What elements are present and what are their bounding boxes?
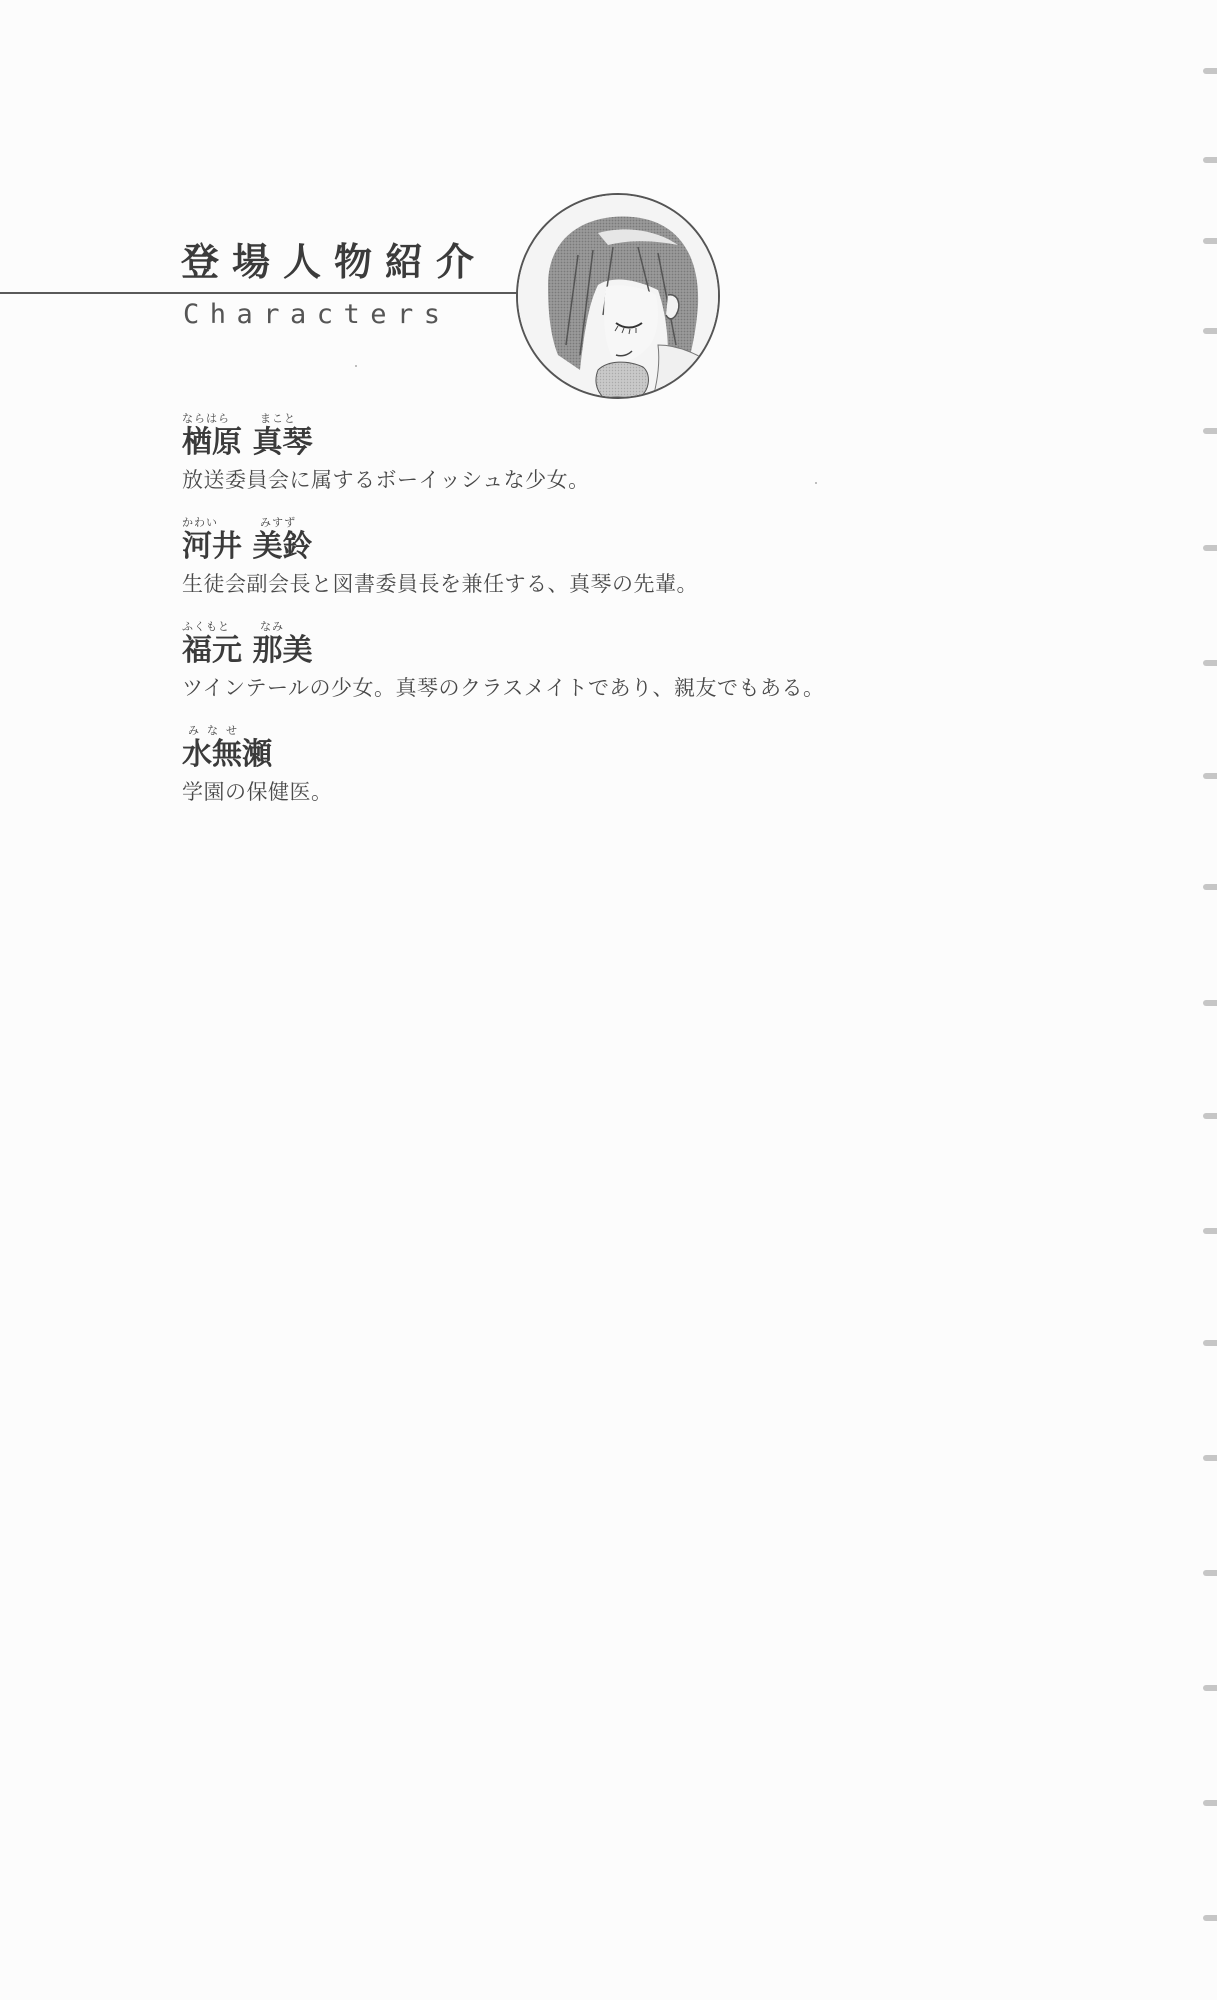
binding-mark — [1203, 1455, 1217, 1461]
character-description: ツインテールの少女。真琴のクラスメイトであり、親友でもある。 — [182, 673, 1082, 703]
ruby-given: なみ — [260, 620, 284, 634]
ruby-family: かわい — [182, 516, 218, 530]
binding-mark — [1203, 1915, 1217, 1921]
paper-speck — [815, 482, 817, 484]
ruby-family: みなせ — [188, 724, 245, 738]
character-description: 学園の保健医。 — [182, 777, 1082, 807]
binding-mark — [1203, 1685, 1217, 1691]
binding-mark — [1203, 660, 1217, 666]
binding-mark — [1203, 545, 1217, 551]
ruby-given: みすず — [260, 516, 296, 530]
character-portrait — [516, 193, 720, 399]
character-description: 放送委員会に属するボーイッシュな少女。 — [182, 465, 1082, 495]
portrait-illustration-icon — [518, 195, 718, 397]
binding-mark — [1203, 1000, 1217, 1006]
character-ruby: みなせ — [182, 724, 1082, 738]
character-name: 水無瀬 — [182, 737, 1082, 773]
character-name: 河井 美鈴 — [182, 529, 1082, 565]
character-description: 生徒会副会長と図書委員長を兼任する、真琴の先輩。 — [182, 569, 1082, 599]
ruby-family: ふくもと — [182, 620, 230, 634]
character-name: 楢原 真琴 — [182, 425, 1082, 461]
binding-mark — [1203, 1800, 1217, 1806]
binding-mark — [1203, 884, 1217, 890]
character-entry: ならはら まこと 楢原 真琴 放送委員会に属するボーイッシュな少女。 — [182, 412, 1082, 516]
book-page: 登場人物紹介 Characters — [0, 0, 1217, 2000]
header-rule — [0, 292, 518, 294]
page-subtitle: Characters — [183, 298, 451, 332]
binding-mark — [1203, 1113, 1217, 1119]
character-ruby: かわい みすず — [182, 516, 1082, 530]
binding-mark — [1203, 428, 1217, 434]
ruby-family: ならはら — [182, 412, 230, 426]
binding-mark — [1203, 773, 1217, 779]
character-entry: みなせ 水無瀬 学園の保健医。 — [182, 724, 1082, 828]
binding-mark — [1203, 1228, 1217, 1234]
binding-mark — [1203, 68, 1217, 74]
character-ruby: ふくもと なみ — [182, 620, 1082, 634]
character-entry: ふくもと なみ 福元 那美 ツインテールの少女。真琴のクラスメイトであり、親友で… — [182, 620, 1082, 724]
binding-mark — [1203, 1340, 1217, 1346]
character-list: ならはら まこと 楢原 真琴 放送委員会に属するボーイッシュな少女。 かわい み… — [182, 412, 1082, 828]
character-name: 福元 那美 — [182, 633, 1082, 669]
character-ruby: ならはら まこと — [182, 412, 1082, 426]
paper-speck — [355, 365, 357, 367]
binding-mark — [1203, 238, 1217, 244]
page-title: 登場人物紹介 — [181, 238, 487, 286]
binding-mark — [1203, 1570, 1217, 1576]
character-entry: かわい みすず 河井 美鈴 生徒会副会長と図書委員長を兼任する、真琴の先輩。 — [182, 516, 1082, 620]
ruby-given: まこと — [260, 412, 296, 426]
binding-mark — [1203, 157, 1217, 163]
binding-mark — [1203, 328, 1217, 334]
